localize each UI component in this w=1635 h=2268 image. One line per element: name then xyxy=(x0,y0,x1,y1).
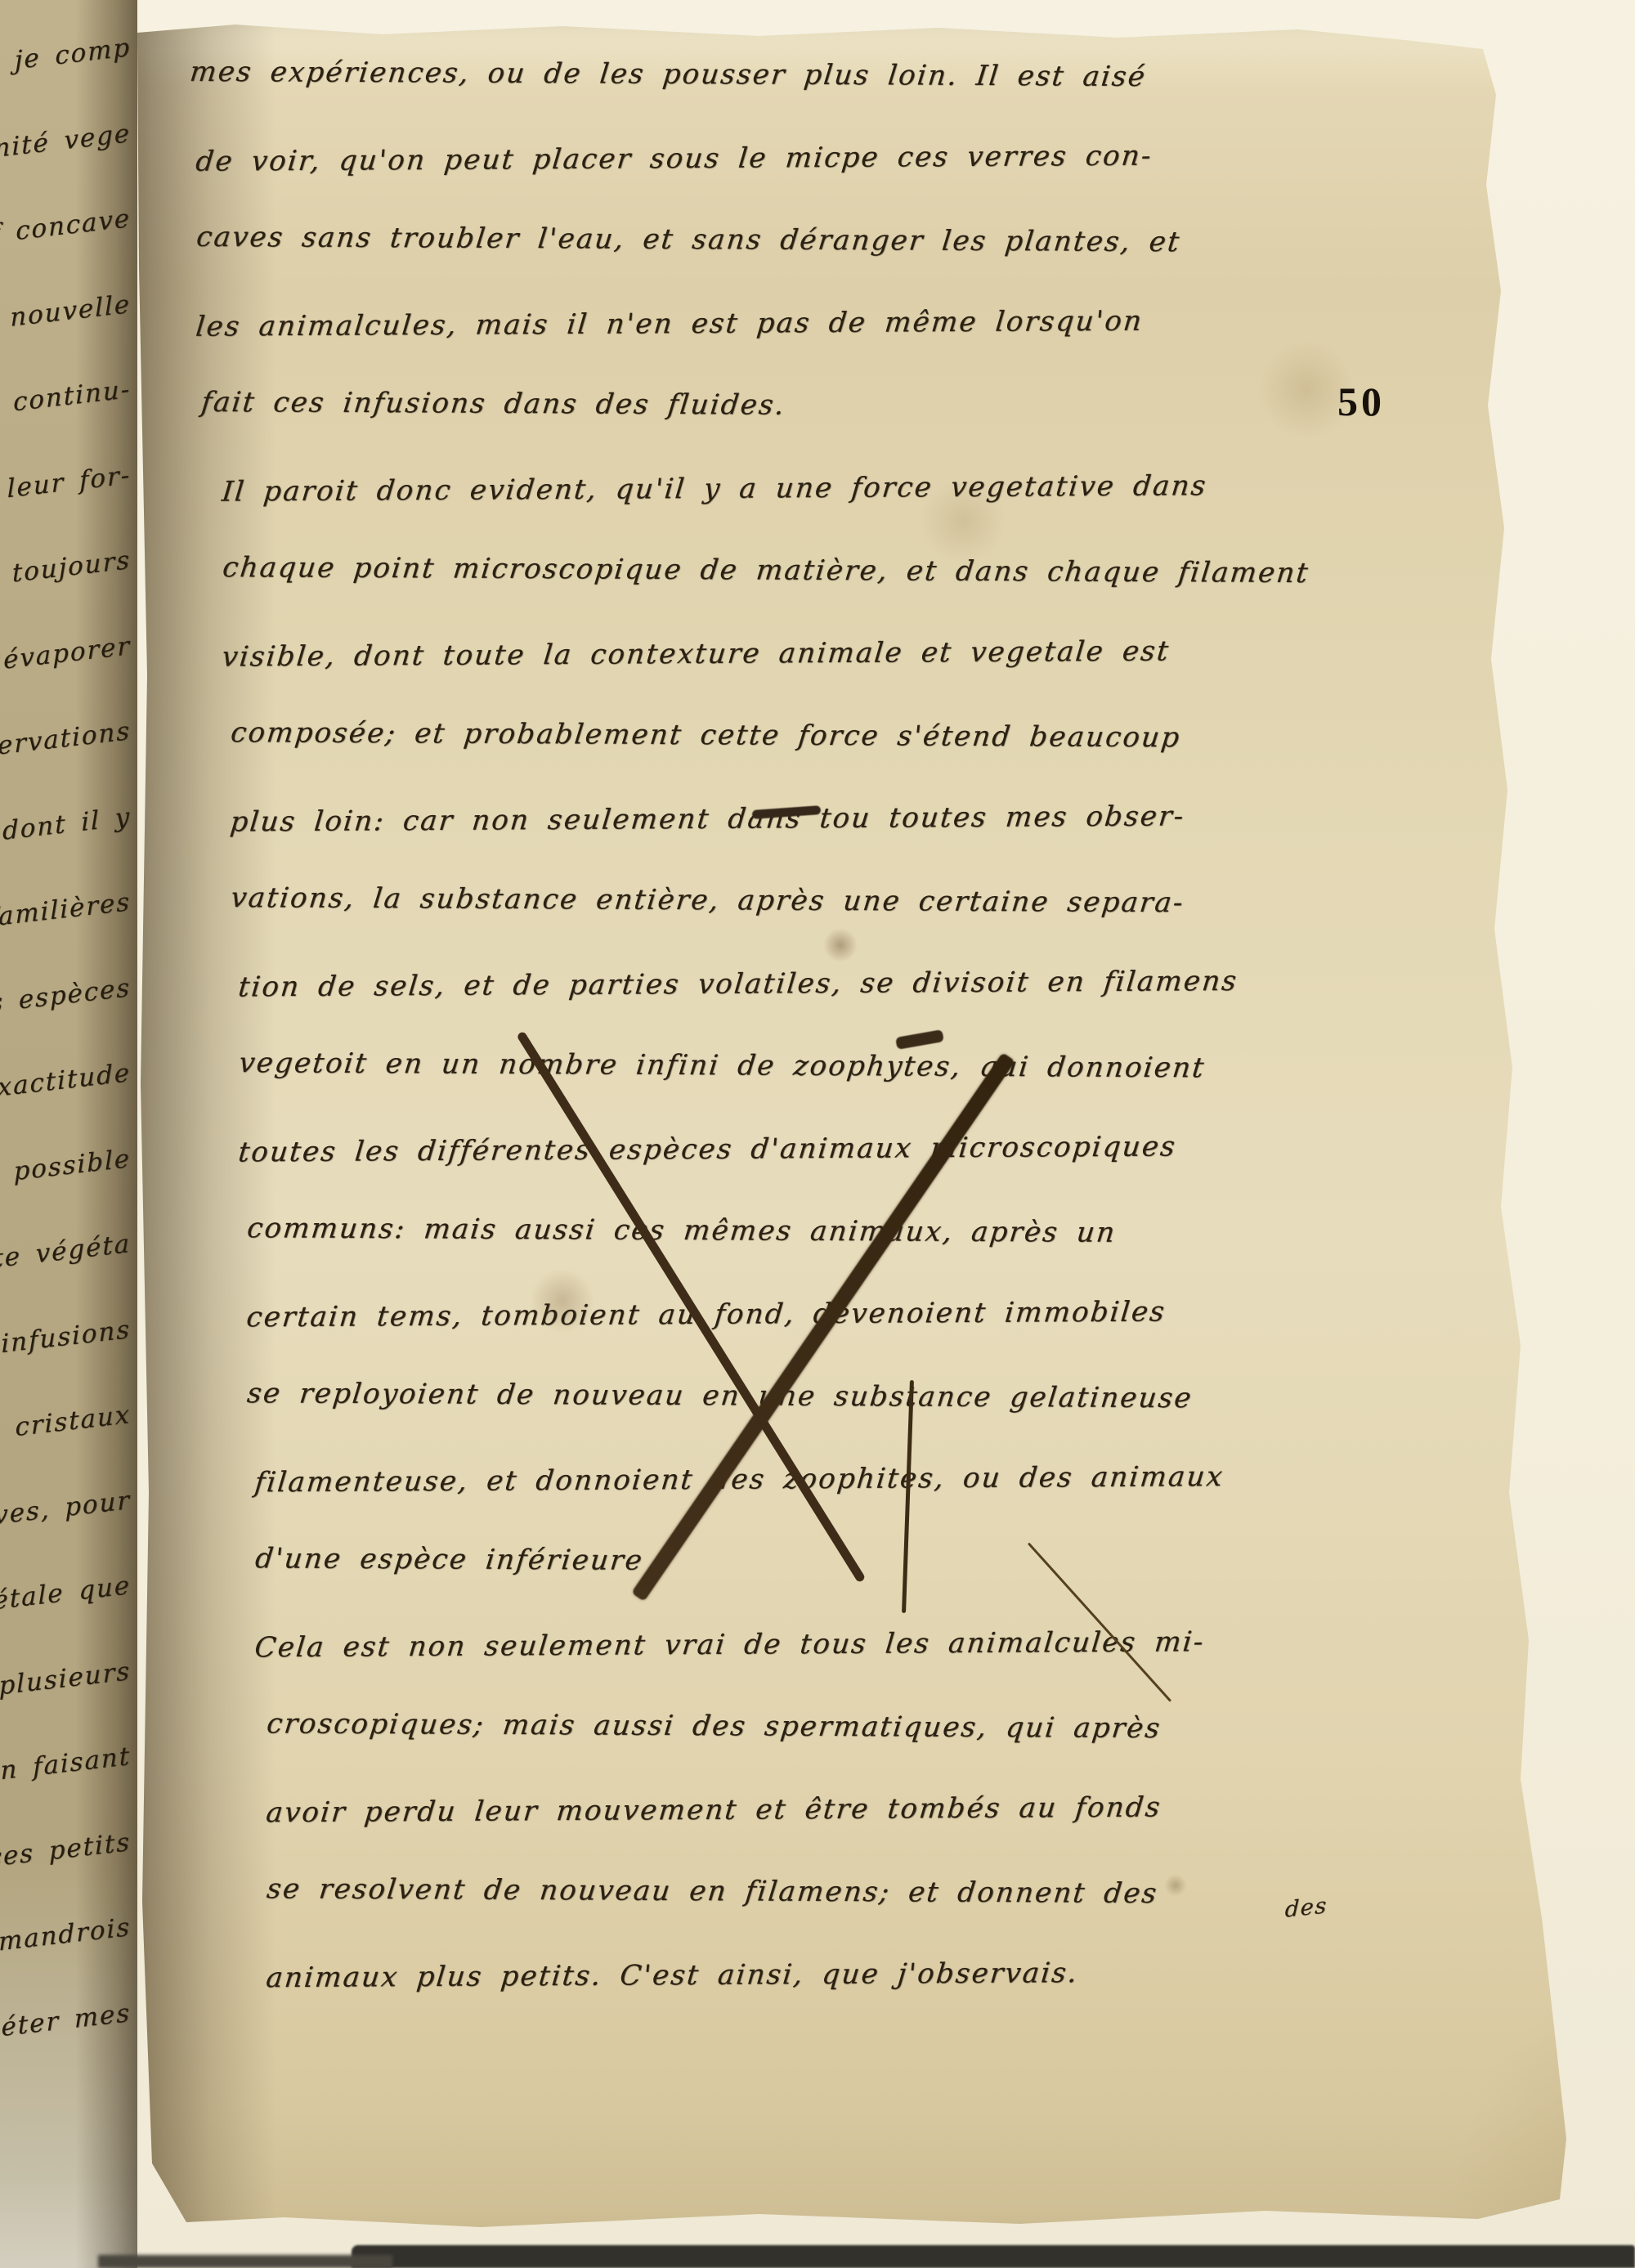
manuscript-line: de voir, qu'on peut placer sous le micpe… xyxy=(181,113,1489,204)
handwritten-text-block: mes expériences, ou de les pousser plus … xyxy=(185,34,1485,2016)
manuscript-line: croscopiques; mais aussi des spermatique… xyxy=(181,1683,1489,1772)
previous-page-edge: e, je compx mennité vegebjectif concaves… xyxy=(0,0,137,2268)
manuscript-line: caves sans troubler l'eau, et sans déran… xyxy=(181,196,1489,285)
manuscript-line: avoir perdu leur mouvement et être tombé… xyxy=(181,1764,1489,1855)
manuscript-line: toutes les différentes espèces d'animaux… xyxy=(181,1104,1489,1195)
manuscript-line: tion de sels, et de parties volatiles, s… xyxy=(181,939,1489,1029)
manuscript-line: les animalcules, mais il n'en est pas de… xyxy=(181,278,1489,369)
scanner-edge-band-left xyxy=(98,2255,392,2268)
superscript-insertion: des xyxy=(1284,1893,1328,1922)
manuscript-line: visible, dont toute la contexture animal… xyxy=(181,608,1489,699)
previous-page-fragment-lines: e, je compx mennité vegebjectif concaves… xyxy=(0,5,131,2055)
manuscript-line: vegetoit en un nombre infini de zoophyte… xyxy=(181,1022,1489,1111)
manuscript-line: composée; et probablement cette force s'… xyxy=(181,692,1489,781)
manuscript-page: 50 mes expériences, ou de les pousser pl… xyxy=(137,21,1609,2242)
manuscript-line: communs: mais aussi ces mêmes animaux, a… xyxy=(181,1187,1489,1276)
manuscript-line: fait ces infusions dans des fluides. xyxy=(181,361,1489,450)
manuscript-line: chaque point microscopique de matière, e… xyxy=(181,527,1489,616)
manuscript-line: filamenteuse, et donnoient des zoophites… xyxy=(181,1434,1489,1525)
page-fragment-line: répéter mes xyxy=(0,1970,132,2094)
manuscript-line: mes expériences, ou de les pousser plus … xyxy=(181,31,1489,120)
manuscript-line: animaux plus petits. C'est ainsi, que j'… xyxy=(181,1930,1489,2020)
manuscript-scan: e, je compx mennité vegebjectif concaves… xyxy=(0,0,1635,2268)
manuscript-line: vations, la substance entière, après une… xyxy=(181,857,1489,946)
scanner-edge-band xyxy=(352,2245,1635,2268)
manuscript-line: Cela est non seulement vrai de tous les … xyxy=(181,1599,1489,1690)
manuscript-line: plus loin: car non seulement dans tou to… xyxy=(181,773,1489,864)
manuscript-line: se resolvent de nouveau en filamens; et … xyxy=(181,1848,1489,1937)
manuscript-line: se reployoient de nouveau en une substan… xyxy=(181,1352,1489,1441)
manuscript-line: Il paroit donc evident, qu'il y a une fo… xyxy=(181,443,1489,534)
